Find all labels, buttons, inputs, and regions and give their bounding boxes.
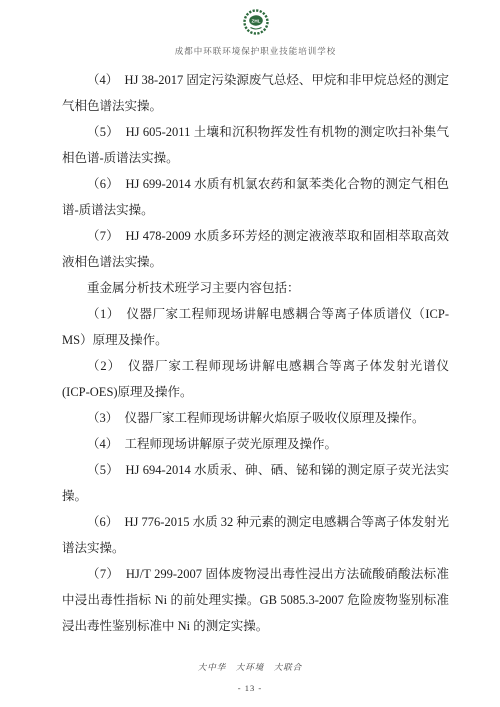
page-number: - 13 - bbox=[0, 683, 500, 693]
paragraph-item-7-pah: （7） HJ 478-2009 水质多环芳烃的测定液液萃取和固相萃取高效液相色谱… bbox=[62, 223, 449, 275]
paragraph-item-3-flame-aas: （3） 仪器厂家工程师现场讲解火焰原子吸收仪原理及操作。 bbox=[62, 405, 449, 431]
paragraph-item-4-fluorescence: （4） 工程师现场讲解原子荧光原理及操作。 bbox=[62, 431, 449, 457]
paragraph-item-1-icpms: （1） 仪器厂家工程师现场讲解电感耦合等离子体质谱仪（ICP-MS）原理及操作。 bbox=[62, 301, 449, 353]
paragraph-heavy-metal-heading: 重金属分析技术班学习主要内容包括： bbox=[62, 275, 449, 301]
page-header: ZHL 成都中环联环境保护职业技能培训学校 bbox=[62, 9, 449, 57]
document-page: ZHL 成都中环联环境保护职业技能培训学校 （4） HJ 38-2017 固定污… bbox=[0, 0, 500, 707]
paragraph-item-6-hj776: （6） HJ 776-2015 水质 32 种元素的测定电感耦合等离子体发射光谱… bbox=[62, 509, 449, 561]
paragraph-item-6-water: （6） HJ 699-2014 水质有机氯农药和氯苯类化合物的测定气相色谱-质谱… bbox=[62, 171, 449, 223]
paragraph-item-2-icpoes: （2） 仪器厂家工程师现场讲解电感耦合等离子体发射光谱仪(ICP-OES)原理及… bbox=[62, 353, 449, 405]
page-footer: 大中华 大环境 大联合 - 13 - bbox=[0, 661, 500, 693]
paragraph-item-7-hjt299: （7） HJ/T 299-2007 固体废物浸出毒性浸出方法硫酸硝酸法标准中浸出… bbox=[62, 561, 449, 639]
logo-text: ZHL bbox=[251, 18, 260, 23]
paragraph-item-4-gc: （4） HJ 38-2017 固定污染源废气总烃、甲烷和非甲烷总烃的测定气相色谱… bbox=[62, 67, 449, 119]
paragraph-item-5-soil: （5） HJ 605-2011 土壤和沉积物挥发性有机物的测定吹扫补集气相色谱-… bbox=[62, 119, 449, 171]
document-body: （4） HJ 38-2017 固定污染源废气总烃、甲烷和非甲烷总烃的测定气相色谱… bbox=[62, 67, 449, 639]
school-name: 成都中环联环境保护职业技能培训学校 bbox=[62, 45, 449, 57]
school-logo-icon: ZHL bbox=[242, 9, 270, 37]
paragraph-item-5-hj694: （5） HJ 694-2014 水质汞、砷、硒、铋和锑的测定原子荧光法实操。 bbox=[62, 457, 449, 509]
footer-slogan: 大中华 大环境 大联合 bbox=[0, 661, 500, 673]
